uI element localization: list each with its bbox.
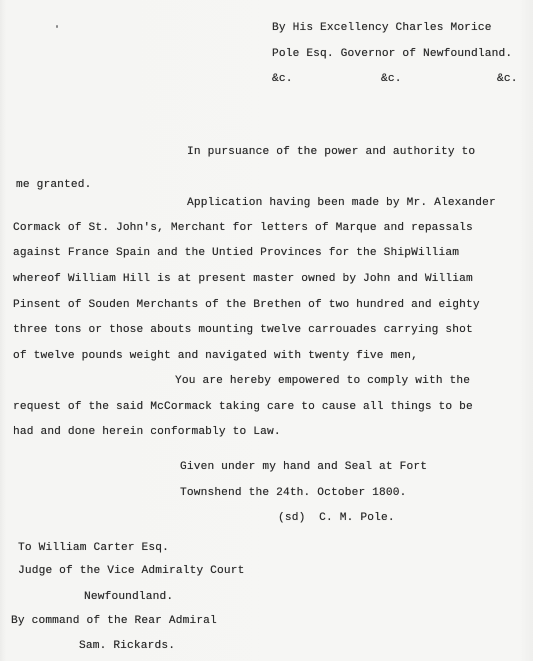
intro-line-1: In pursuance of the power and authority … xyxy=(187,145,475,159)
header-line-2: Pole Esq. Governor of Newfoundland. xyxy=(272,47,512,61)
p1-line-3: against France Spain and the Untied Prov… xyxy=(13,246,459,260)
address-line-2: Judge of the Vice Admiralty Court xyxy=(18,564,245,578)
header-etc-1: &c. xyxy=(272,72,293,86)
address-line-1: To William Carter Esq. xyxy=(18,541,169,555)
p2-line-1: You are hereby empowered to comply with … xyxy=(175,374,470,388)
paper-speck xyxy=(56,25,58,28)
p1-line-7: of twelve pounds weight and navigated wi… xyxy=(13,349,418,363)
p1-line-4: whereof William Hill is at present maste… xyxy=(13,272,473,286)
p1-line-5: Pinsent of Souden Merchants of the Breth… xyxy=(13,298,480,312)
p1-line-1: Application having been made by Mr. Alex… xyxy=(187,196,496,210)
p1-line-6: three tons or those abouts mounting twel… xyxy=(13,323,473,337)
p1-line-2: Cormack of St. John's, Merchant for lett… xyxy=(13,221,473,235)
p2-line-2: request of the said McCormack taking car… xyxy=(13,400,473,414)
signature-line-3: (sd) C. M. Pole. xyxy=(278,511,395,525)
signature-line-1: Given under my hand and Seal at Fort xyxy=(180,460,427,474)
header-etc-3: &c. xyxy=(497,72,518,86)
header-line-1: By His Excellency Charles Morice xyxy=(272,21,492,35)
signature-line-2: Townshend the 24th. October 1800. xyxy=(180,486,407,500)
intro-line-2: me granted. xyxy=(16,178,92,192)
document-page: By His Excellency Charles Morice Pole Es… xyxy=(0,0,533,661)
p2-line-3: had and done herein conformably to Law. xyxy=(13,425,281,439)
address-line-5: Sam. Rickards. xyxy=(79,639,175,653)
header-etc-2: &c. xyxy=(381,72,402,86)
address-line-3: Newfoundland. xyxy=(84,590,173,604)
address-line-4: By command of the Rear Admiral xyxy=(11,614,217,628)
